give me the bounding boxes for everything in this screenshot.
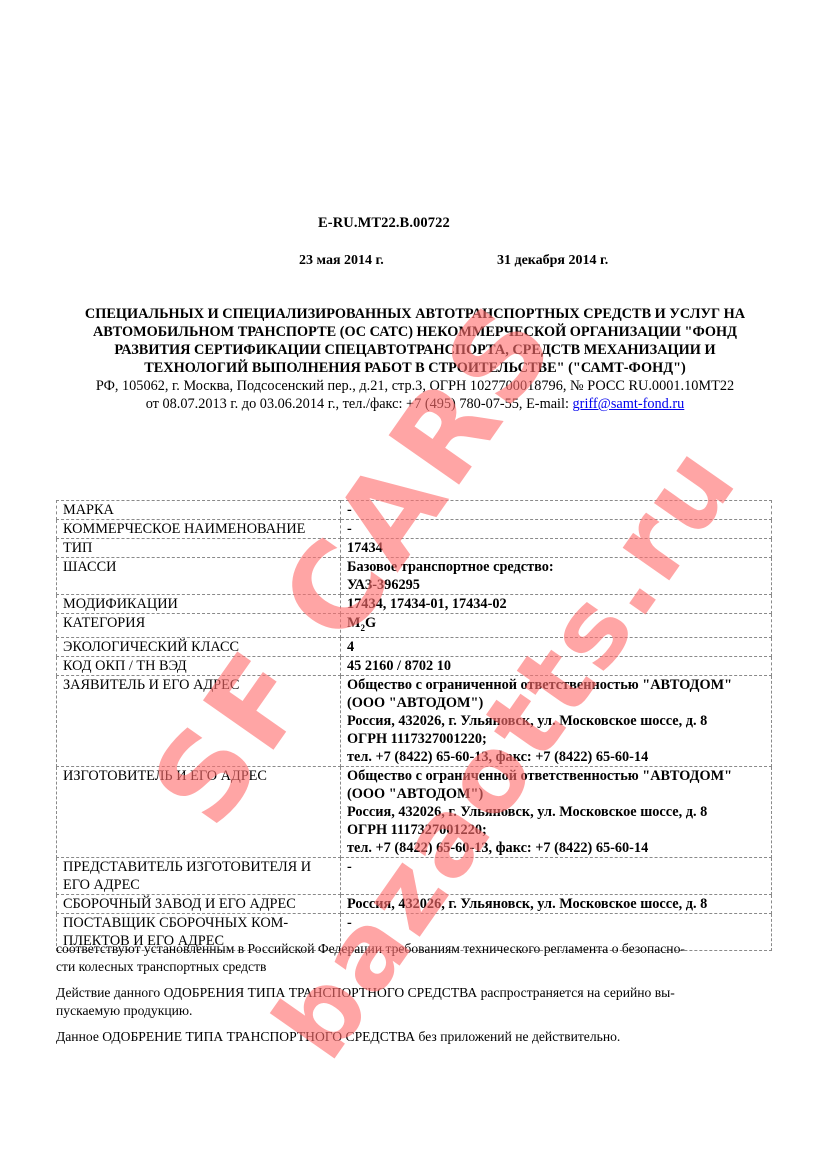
value-line: Общество с ограниченной ответственностью… — [347, 676, 765, 694]
org-title-line: СПЕЦИАЛЬНЫХ И СПЕЦИАЛИЗИРОВАННЫХ АВТОТРА… — [40, 305, 790, 323]
table-row: ШАССИ Базовое транспортное средство: УАЗ… — [57, 558, 772, 595]
org-title-line: РАЗВИТИЯ СЕРТИФИКАЦИИ СПЕЦАВТОТРАНСПОРТА… — [40, 341, 790, 359]
row-value: - — [341, 857, 772, 894]
value-line: тел. +7 (8422) 65-60-13, факс: +7 (8422)… — [347, 748, 765, 766]
row-label: СБОРОЧНЫЙ ЗАВОД И ЕГО АДРЕС — [57, 894, 341, 913]
org-title-line: ТЕХНОЛОГИЙ ВЫПОЛНЕНИЯ РАБОТ В СТРОИТЕЛЬС… — [40, 359, 790, 377]
table-row: КАТЕГОРИЯ M2G — [57, 614, 772, 638]
org-title-line: АВТОМОБИЛЬНОМ ТРАНСПОРТЕ (ОС САТС) НЕКОМ… — [40, 323, 790, 341]
row-label: КАТЕГОРИЯ — [57, 614, 341, 638]
row-label: ЭКОЛОГИЧЕСКИЙ КЛАСС — [57, 637, 341, 656]
row-label: ПРЕДСТАВИТЕЛЬ ИЗГОТОВИТЕЛЯ И ЕГО АДРЕС — [57, 857, 341, 894]
row-value: - — [341, 520, 772, 539]
validity-contacts-text: от 08.07.2013 г. до 03.06.2014 г., тел./… — [146, 396, 573, 412]
row-label: МАРКА — [57, 501, 341, 520]
category-suffix: G — [365, 615, 376, 631]
org-address: РФ, 105062, г. Москва, Подсосенский пер.… — [40, 377, 790, 395]
row-label: ШАССИ — [57, 558, 341, 595]
row-label: ИЗГОТОВИТЕЛЬ И ЕГО АДРЕС — [57, 766, 341, 857]
certification-body: СПЕЦИАЛЬНЫХ И СПЕЦИАЛИЗИРОВАННЫХ АВТОТРА… — [40, 305, 790, 413]
table-row: ИЗГОТОВИТЕЛЬ И ЕГО АДРЕС Общество с огра… — [57, 766, 772, 857]
table-row: ПРЕДСТАВИТЕЛЬ ИЗГОТОВИТЕЛЯ И ЕГО АДРЕС - — [57, 857, 772, 894]
value-line: Россия, 432026, г. Ульяновск, ул. Москов… — [347, 803, 765, 821]
validity-note: Данное ОДОБРЕНИЕ ТИПА ТРАНСПОРТНОГО СРЕД… — [56, 1028, 772, 1046]
label-line: ПРЕДСТАВИТЕЛЬ ИЗГОТОВИТЕЛЯ И — [63, 858, 334, 876]
table-row: ЗАЯВИТЕЛЬ И ЕГО АДРЕС Общество с огранич… — [57, 675, 772, 766]
row-label: КОММЕРЧЕСКОЕ НАИМЕНОВАНИЕ — [57, 520, 341, 539]
row-value: Общество с ограниченной ответственностью… — [341, 675, 772, 766]
row-value: Базовое транспортное средство: УАЗ-39629… — [341, 558, 772, 595]
row-label: ТИП — [57, 539, 341, 558]
row-value: 45 2160 / 8702 10 — [341, 656, 772, 675]
value-line: Россия, 432026, г. Ульяновск, ул. Москов… — [347, 712, 765, 730]
approval-number: E-RU.MT22.B.00722 — [318, 215, 450, 232]
table-row: ТИП 17434 — [57, 539, 772, 558]
table-row: СБОРОЧНЫЙ ЗАВОД И ЕГО АДРЕС Россия, 4320… — [57, 894, 772, 913]
value-line: Общество с ограниченной ответственностью… — [347, 767, 765, 785]
email-link[interactable]: griff@samt-fond.ru — [573, 396, 685, 412]
row-value: 4 — [341, 637, 772, 656]
value-line: (ООО "АВТОДОМ") — [347, 785, 765, 803]
row-label: ЗАЯВИТЕЛЬ И ЕГО АДРЕС — [57, 675, 341, 766]
label-line: ПОСТАВЩИК СБОРОЧНЫХ КОМ- — [63, 914, 334, 932]
value-line: тел. +7 (8422) 65-60-13, факс: +7 (8422)… — [347, 839, 765, 857]
category-letter: M — [347, 615, 361, 631]
row-value: 17434, 17434-01, 17434-02 — [341, 595, 772, 614]
table-row: МАРКА - — [57, 501, 772, 520]
expiry-date: 31 декабря 2014 г. — [497, 253, 608, 269]
issue-date: 23 мая 2014 г. — [299, 253, 384, 269]
row-value: - — [341, 501, 772, 520]
text-line: сти колесных транспортных средств — [56, 959, 266, 974]
table-row: МОДИФИКАЦИИ 17434, 17434-01, 17434-02 — [57, 595, 772, 614]
scope-statement: Действие данного ОДОБРЕНИЯ ТИПА ТРАНСПОР… — [56, 984, 772, 1020]
row-value: Россия, 432026, г. Ульяновск, ул. Москов… — [341, 894, 772, 913]
table-row: КОД ОКП / ТН ВЭД 45 2160 / 8702 10 — [57, 656, 772, 675]
row-value: M2G — [341, 614, 772, 638]
compliance-statement: соответствуют установленным в Российской… — [56, 940, 772, 976]
value-line: Базовое транспортное средство: — [347, 558, 765, 576]
value-line: (ООО "АВТОДОМ") — [347, 694, 765, 712]
row-value: Общество с ограниченной ответственностью… — [341, 766, 772, 857]
table-row: ЭКОЛОГИЧЕСКИЙ КЛАСС 4 — [57, 637, 772, 656]
value-line: ОГРН 1117327001220; — [347, 730, 765, 748]
text-line: пускаемую продукцию. — [56, 1003, 192, 1018]
value-line: ОГРН 1117327001220; — [347, 821, 765, 839]
text-line: соответствуют установленным в Российской… — [56, 941, 685, 956]
row-label: КОД ОКП / ТН ВЭД — [57, 656, 341, 675]
vehicle-specs-table: МАРКА - КОММЕРЧЕСКОЕ НАИМЕНОВАНИЕ - ТИП … — [56, 500, 772, 951]
row-label: МОДИФИКАЦИИ — [57, 595, 341, 614]
footer-notes: соответствуют установленным в Российской… — [56, 940, 772, 1054]
table-row: КОММЕРЧЕСКОЕ НАИМЕНОВАНИЕ - — [57, 520, 772, 539]
value-line: УАЗ-396295 — [347, 576, 765, 594]
label-line: ЕГО АДРЕС — [63, 876, 334, 894]
row-value: 17434 — [341, 539, 772, 558]
org-validity-contacts: от 08.07.2013 г. до 03.06.2014 г., тел./… — [40, 395, 790, 413]
text-line: Действие данного ОДОБРЕНИЯ ТИПА ТРАНСПОР… — [56, 985, 675, 1000]
